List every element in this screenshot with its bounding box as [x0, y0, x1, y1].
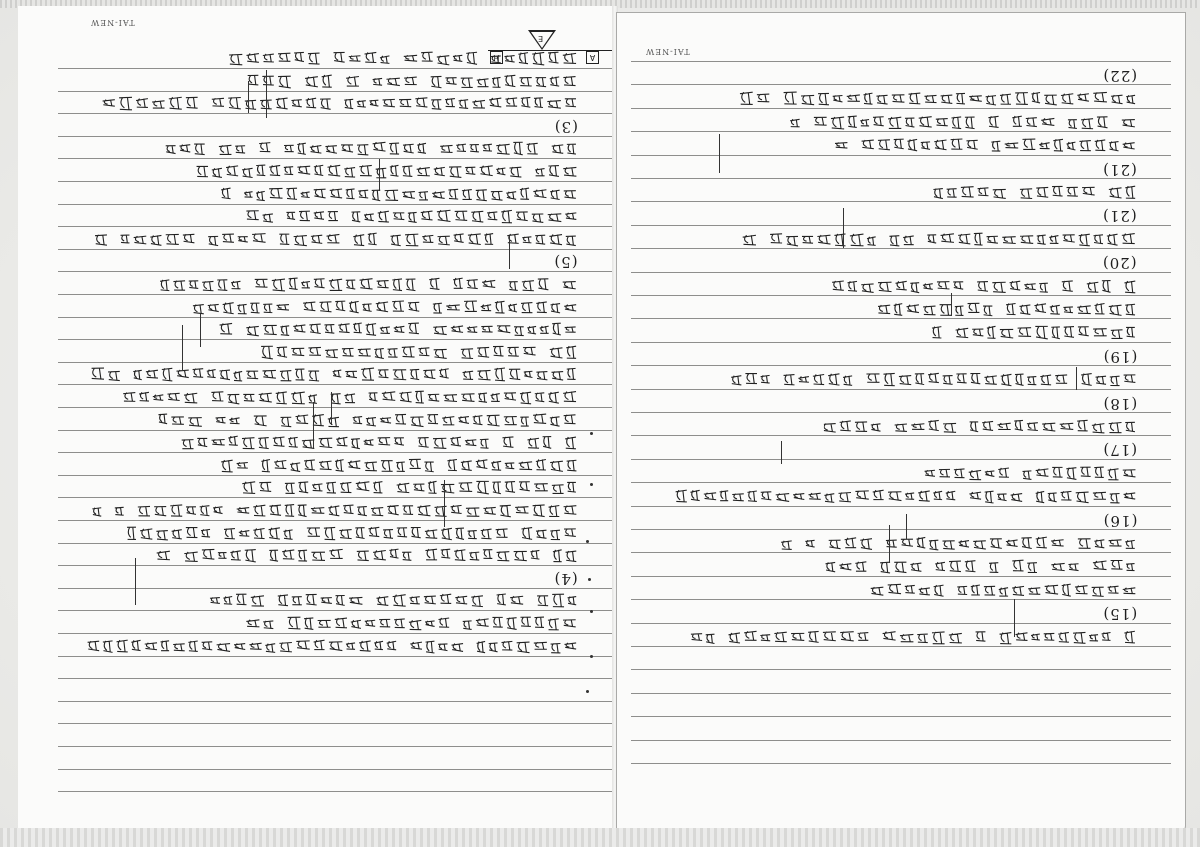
section-heading: (15) [1052, 605, 1137, 623]
ruled-line [58, 610, 614, 611]
scan-bottom-edge [0, 828, 1200, 847]
handwritten-line [237, 615, 578, 633]
header-mark-a: A [586, 51, 599, 64]
section-heading: (18) [1033, 395, 1137, 413]
handwritten-line [923, 465, 1137, 483]
ruled-line [58, 452, 614, 453]
ruled-line [58, 746, 614, 747]
section-heading: (17) [1046, 441, 1137, 459]
handwritten-line [243, 344, 578, 362]
handwritten-line [869, 582, 1137, 600]
section-heading: (19) [1020, 348, 1137, 366]
section-heading: (3) [469, 118, 578, 136]
section-heading: (21) [1020, 207, 1137, 225]
handwritten-line [98, 95, 578, 113]
ink-speck [590, 483, 593, 486]
ruled-line [58, 271, 614, 272]
section-heading: (21) [1047, 161, 1137, 179]
left-page: TAI-NEW H E A (3)(5)(4) [18, 6, 615, 828]
handwritten-line [211, 457, 578, 475]
ruled-line [58, 339, 614, 340]
handwritten-line [833, 137, 1137, 155]
handwritten-line [157, 140, 578, 158]
handwritten-line [149, 547, 578, 565]
ruled-line [58, 565, 614, 566]
brand-label: TAI-NEW [90, 18, 135, 27]
pen-stroke [1014, 599, 1015, 638]
ink-speck [586, 540, 589, 543]
handwritten-line [90, 502, 578, 520]
ink-speck [590, 610, 593, 613]
section-heading: (20) [1033, 254, 1137, 272]
ruled-line [58, 226, 614, 227]
ruled-line [631, 763, 1171, 764]
ruled-line [58, 678, 614, 679]
pen-stroke [135, 558, 136, 606]
handwritten-line [119, 525, 578, 543]
handwritten-line [927, 324, 1137, 342]
pen-stroke [313, 402, 314, 449]
handwritten-line [181, 434, 578, 452]
pen-stroke [719, 134, 720, 173]
handwritten-line [122, 389, 578, 407]
ruled-line [58, 497, 614, 498]
handwritten-line [878, 301, 1137, 319]
handwritten-line [819, 558, 1137, 576]
handwritten-line [151, 412, 578, 430]
ruled-line [58, 633, 614, 634]
ruled-line [631, 693, 1171, 694]
ruled-line [631, 740, 1171, 741]
ruled-line [58, 384, 614, 385]
ruled-line [631, 716, 1171, 717]
handwritten-line [829, 278, 1137, 296]
section-heading: (4) [480, 570, 578, 588]
ink-speck [590, 655, 593, 658]
pen-stroke [889, 525, 890, 563]
pen-stroke [906, 514, 907, 538]
ruled-line [631, 669, 1171, 670]
handwritten-line [246, 208, 578, 226]
pen-stroke [1076, 367, 1077, 391]
handwritten-line [87, 638, 578, 656]
ruled-line [58, 520, 614, 521]
ruled-line [58, 294, 614, 295]
handwritten-line [95, 231, 578, 249]
ruled-line [58, 769, 614, 770]
handwritten-line [667, 629, 1137, 647]
handwritten-line [219, 50, 578, 68]
pen-stroke [248, 81, 249, 113]
handwritten-line [672, 488, 1137, 506]
ink-speck [590, 432, 593, 435]
pen-stroke [266, 70, 267, 118]
right-page: TAI-NEW (22)(21)(21)(20)(19)(18)(17)(16)… [616, 12, 1186, 832]
pen-stroke [951, 293, 952, 316]
handwritten-line [92, 366, 578, 384]
handwritten-line [213, 321, 578, 339]
ink-speck [588, 578, 591, 581]
ruled-line [58, 791, 614, 792]
ruled-line [58, 113, 614, 114]
header-mark-e: E [538, 34, 543, 43]
section-heading: (22) [1021, 67, 1137, 85]
pen-stroke [509, 236, 510, 268]
pen-stroke [444, 480, 445, 527]
ruled-line [58, 701, 614, 702]
handwritten-line [735, 90, 1137, 108]
pen-stroke [843, 208, 844, 247]
handwritten-line [730, 231, 1137, 249]
section-heading: (16) [1026, 512, 1137, 530]
ruled-line [58, 407, 614, 408]
handwritten-line [784, 114, 1137, 132]
handwritten-line [240, 479, 578, 497]
handwritten-line [824, 418, 1137, 436]
ruled-line [58, 68, 614, 69]
pen-stroke [182, 325, 183, 372]
handwritten-line [187, 163, 578, 181]
handwritten-line [248, 73, 578, 91]
handwritten-line [154, 276, 578, 294]
ruled-line [631, 61, 1171, 62]
handwritten-line [932, 184, 1137, 202]
brand-label: TAI-NEW [645, 47, 690, 56]
ink-speck [586, 690, 589, 693]
handwritten-line [216, 186, 578, 204]
handwritten-line [770, 535, 1137, 553]
handwritten-line [208, 592, 578, 610]
section-heading: (5) [468, 253, 578, 271]
handwritten-line [184, 299, 578, 317]
pen-stroke [379, 159, 380, 191]
ruled-line [58, 723, 614, 724]
pen-stroke [200, 314, 201, 347]
ruled-line [58, 181, 614, 182]
pen-stroke [781, 441, 782, 465]
pen-stroke [331, 392, 332, 425]
ruled-line [58, 158, 614, 159]
